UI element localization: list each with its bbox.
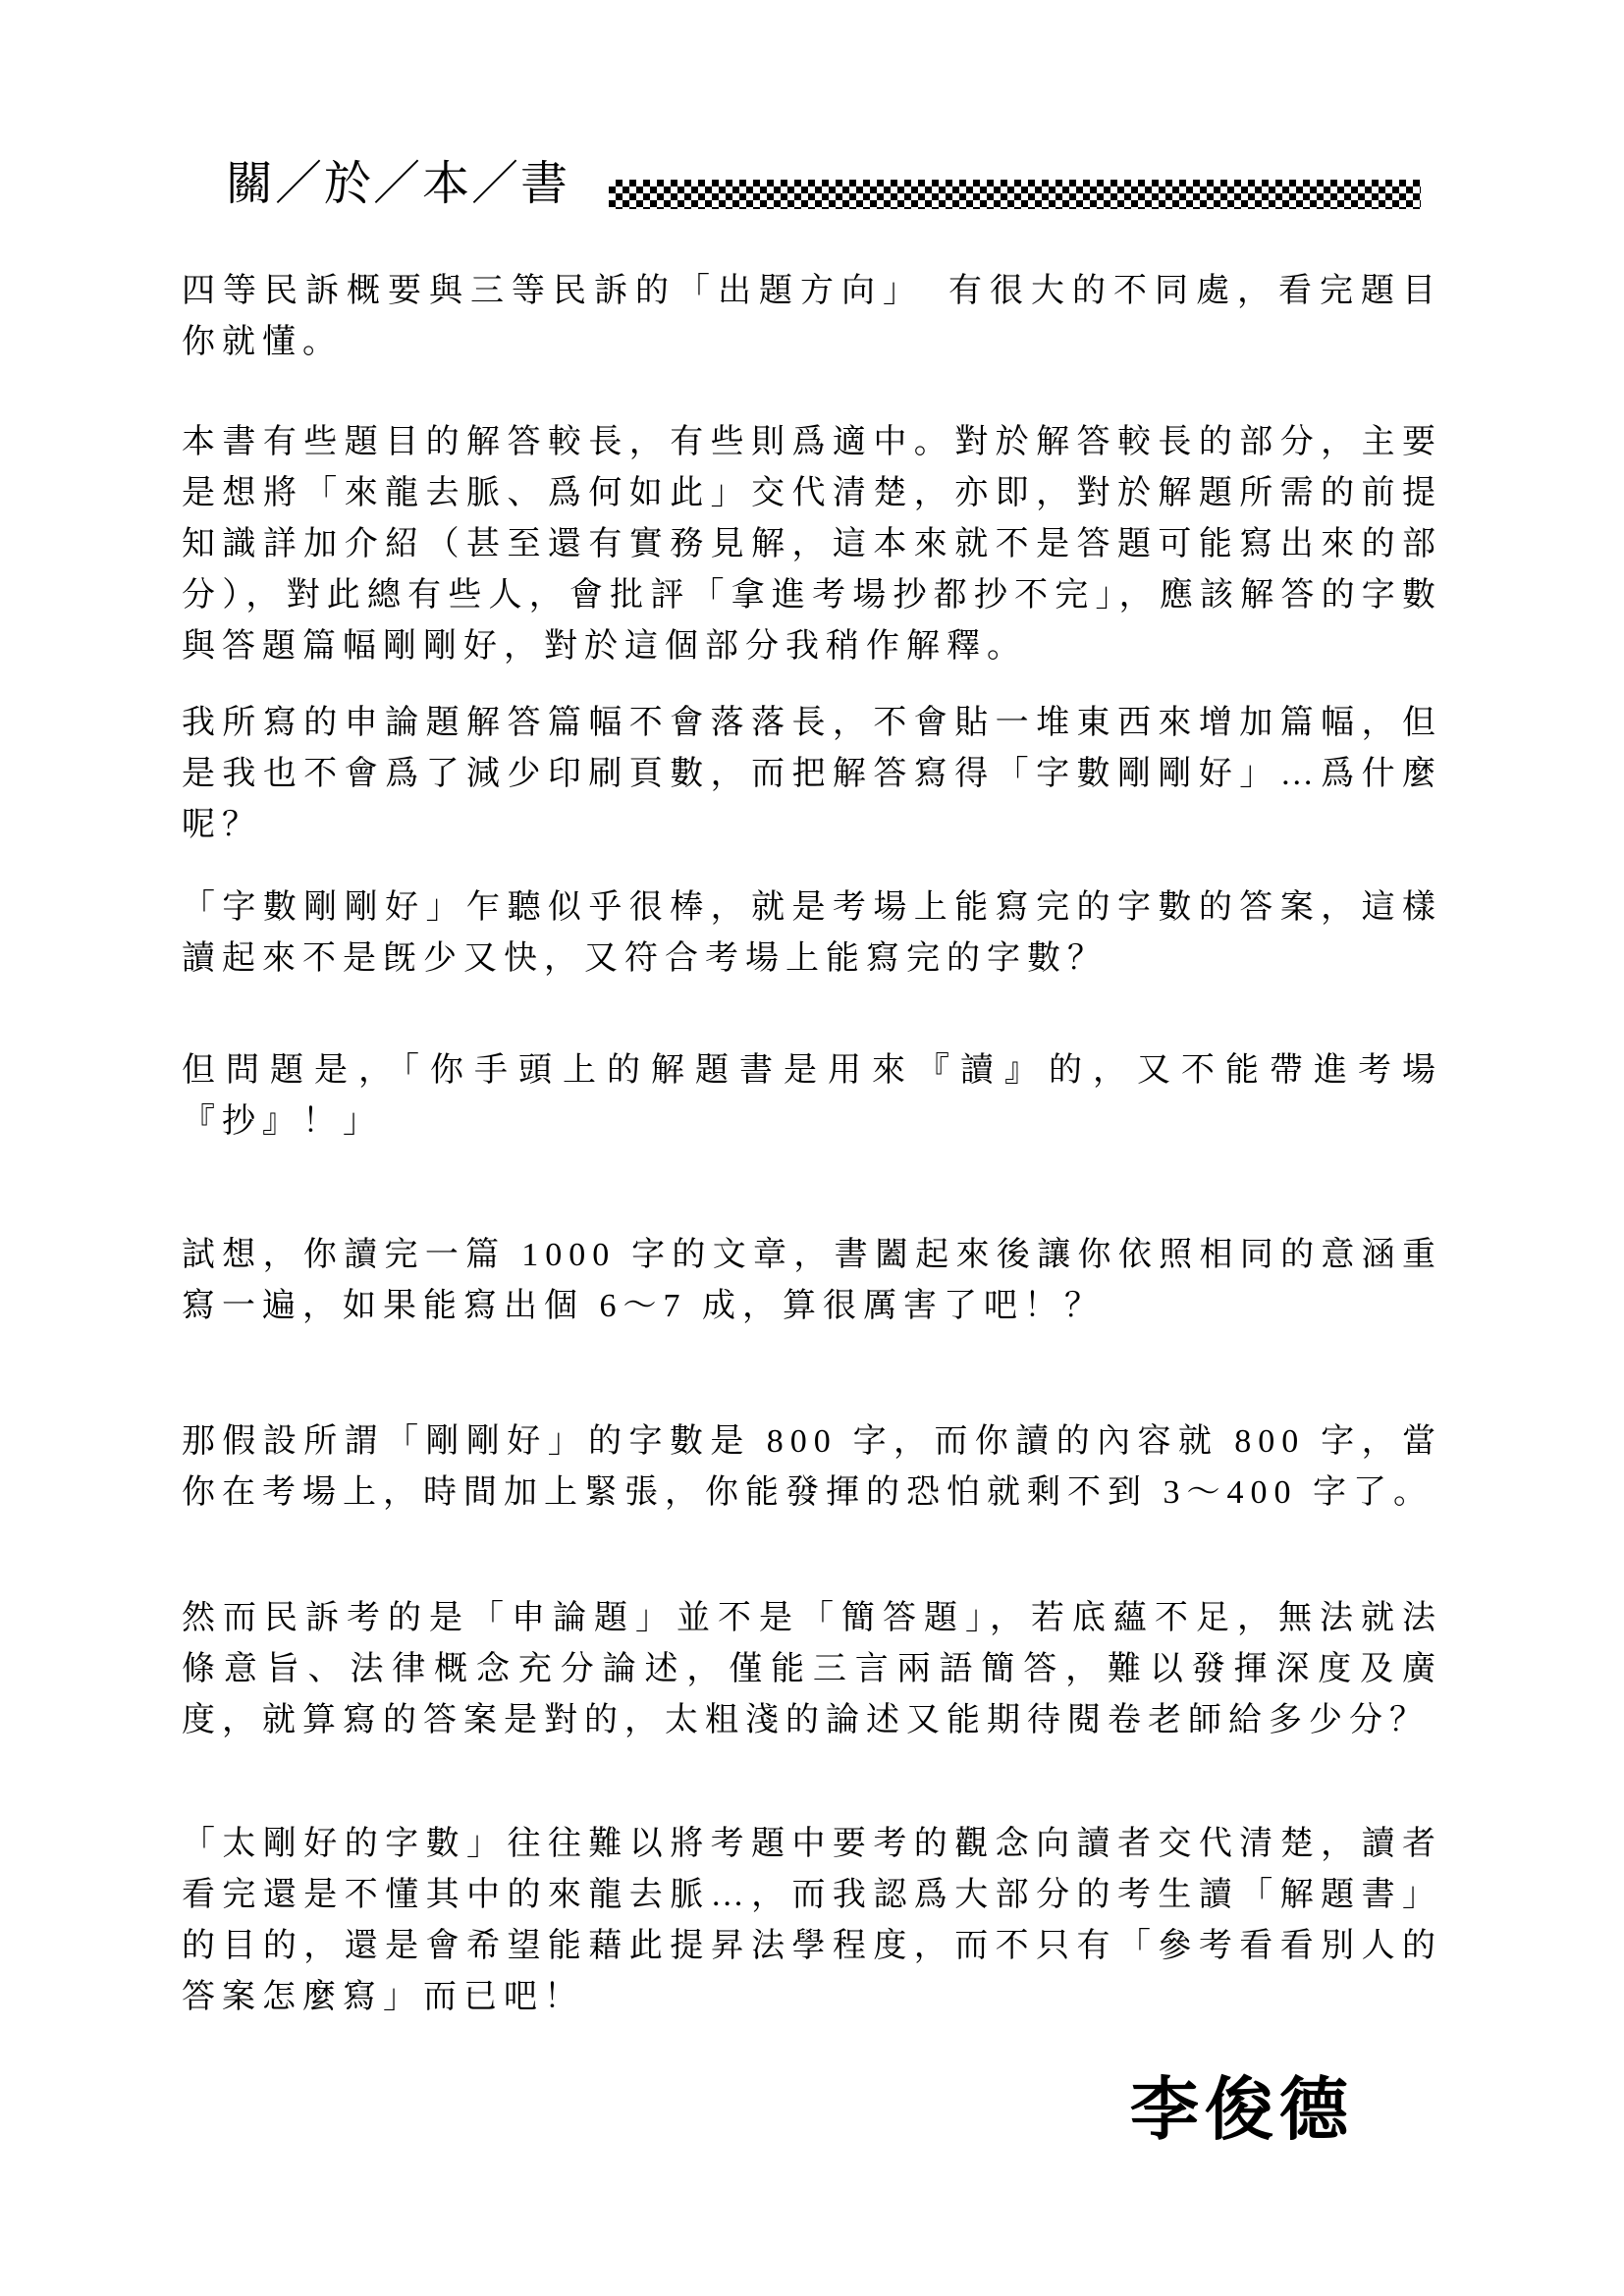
paragraph-8: 然而民訴考的是「申論題」並不是「簡答題」，若底蘊不足，無法就法條意旨、法律概念充… bbox=[182, 1593, 1442, 1746]
paragraph-2: 本書有些題目的解答較長，有些則爲適中。對於解答較長的部分，主要是想將「來龍去脈、… bbox=[182, 417, 1442, 672]
paragraph-5: 但問題是，「你手頭上的解題書是用來『讀』的，又不能帶進考場『抄』！」 bbox=[182, 1045, 1442, 1148]
body-text: 四等民訴概要與三等民訴的「出題方向」 有很大的不同處，看完題目你就懂。 本書有些… bbox=[0, 266, 1624, 2023]
paragraph-9: 「太剛好的字數」往往難以將考題中要考的觀念向讀者交代清楚，讀者看完還是不懂其中的… bbox=[182, 1819, 1442, 2023]
paragraph-1: 四等民訴概要與三等民訴的「出題方向」 有很大的不同處，看完題目你就懂。 bbox=[182, 266, 1442, 368]
paragraph-4: 「字數剛剛好」乍聽似乎很棒，就是考場上能寫完的字數的答案，這樣讀起來不是旣少又快… bbox=[182, 882, 1442, 985]
paragraph-7: 那假設所謂「剛剛好」的字數是 800 字，而你讀的內容就 800 字，當你在考場… bbox=[182, 1416, 1442, 1519]
title-decoration-strip bbox=[609, 180, 1421, 209]
title-row: 關／於／本／書 bbox=[0, 0, 1624, 211]
paragraph-3: 我所寫的申論題解答篇幅不會落落長，不會貼一堆東西來增加篇幅，但是我也不會爲了減少… bbox=[182, 698, 1442, 851]
paragraph-6: 試想，你讀完一篇 1000 字的文章，書闔起來後讓你依照相同的意涵重寫一遍，如果… bbox=[182, 1230, 1442, 1332]
author-signature: 李俊德 bbox=[1130, 2073, 1354, 2149]
signature-row: 李俊德 bbox=[0, 2077, 1624, 2146]
page-title: 關／於／本／書 bbox=[226, 157, 569, 211]
document-page: 關／於／本／書 四等民訴概要與三等民訴的「出題方向」 有很大的不同處，看完題目你… bbox=[0, 0, 1624, 2296]
